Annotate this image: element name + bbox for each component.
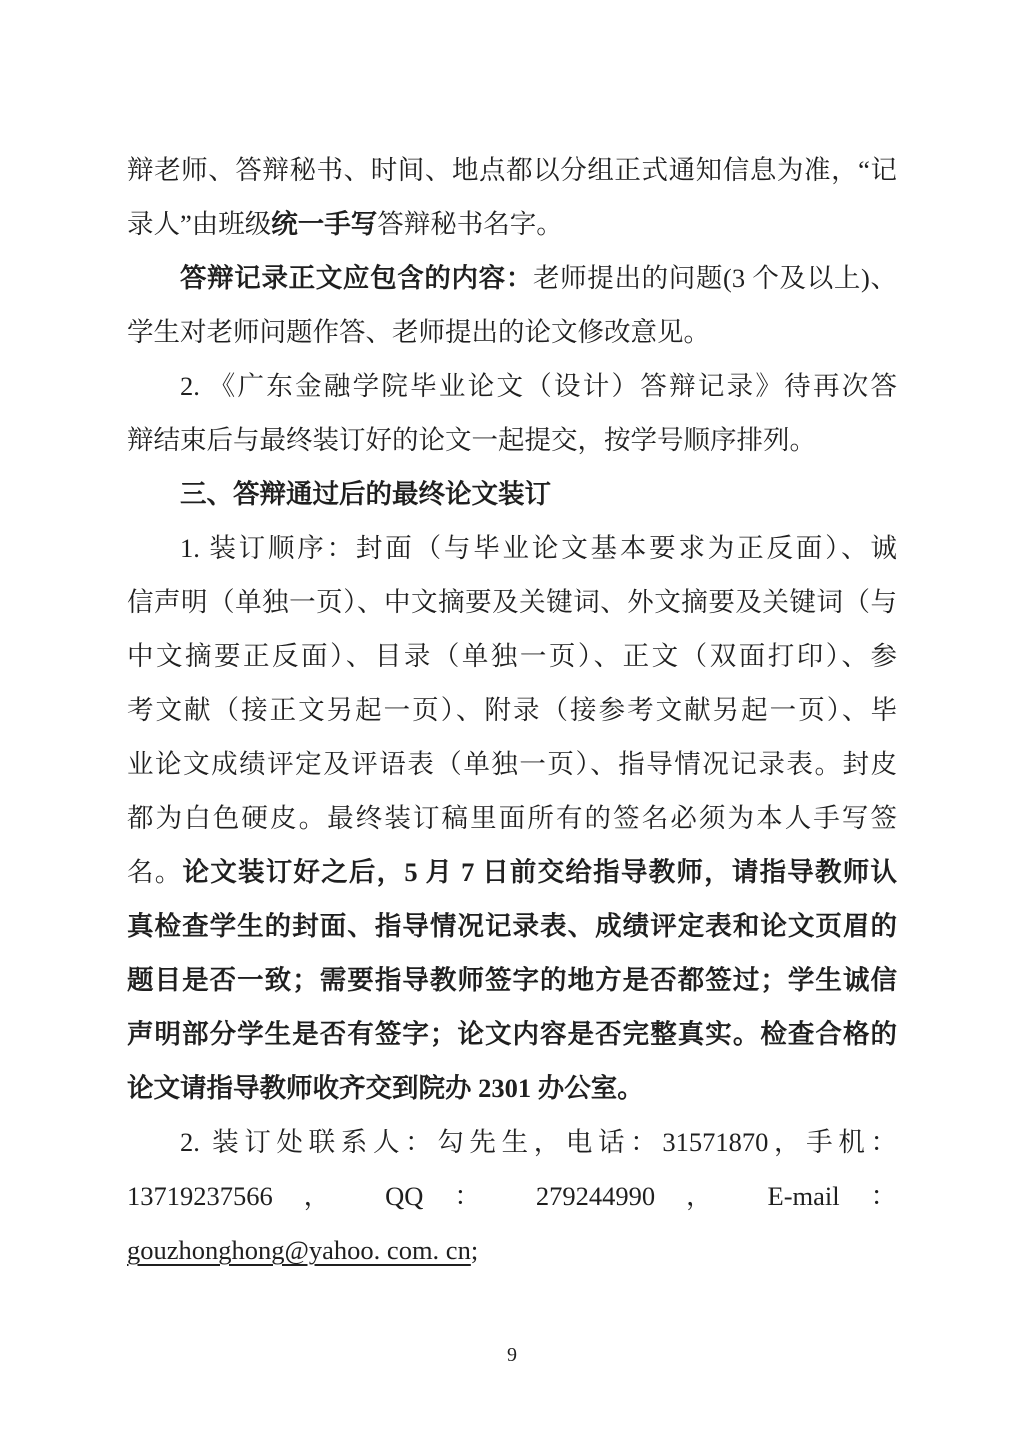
document-body: 辩老师、答辩秘书、时间、地点都以分组正式通知信息为准，“记录人”由班级统一手写答… — [127, 143, 897, 1277]
text-line-15: 真检查学生的封面、指导情况记录表、成绩评定表和论文页眉的 — [127, 899, 897, 953]
page-number: 9 — [0, 1340, 1024, 1370]
text-segment: 辩结束后与最终装订好的论文一起提交，按学号顺序排列。 — [127, 425, 816, 455]
text-line-13: 都为白色硬皮。最终装订稿里面所有的签名必须为本人手写签 — [127, 791, 897, 845]
text-segment: 三、答辩通过后的最终论文装订 — [180, 479, 551, 509]
text-segment: 录人”由班级 — [127, 209, 271, 239]
text-segment: 考文献（接正文另起一页）、附录（接参考文献另起一页）、毕 — [127, 695, 897, 725]
text-segment: 声明部分学生是否有签字；论文内容是否完整真实。检查合格的 — [127, 1019, 897, 1049]
text-line-03: 答辩记录正文应包含的内容：老师提出的问题(3 个及以上)、 — [127, 251, 897, 305]
text-segment: 论文请指导教师收齐交到院办 2301 办公室。 — [127, 1073, 644, 1103]
text-segment: 13719237566 ， QQ ： 279244990 ， E-mail ： — [127, 1181, 897, 1211]
text-segment: 统一手写 — [271, 209, 377, 239]
text-segment: 辩老师、答辩秘书、时间、地点都以分组正式通知信息为准，“记 — [127, 155, 897, 185]
text-line-21: gouzhonghong@yahoo. com. cn; — [127, 1223, 897, 1277]
text-line-09: 信声明（单独一页）、中文摘要及关键词、外文摘要及关键词（与 — [127, 575, 897, 629]
document-page: 辩老师、答辩秘书、时间、地点都以分组正式通知信息为准，“记录人”由班级统一手写答… — [0, 0, 1024, 1448]
text-line-12: 业论文成绩评定及评语表（单独一页）、指导情况记录表。封皮 — [127, 737, 897, 791]
text-line-11: 考文献（接正文另起一页）、附录（接参考文献另起一页）、毕 — [127, 683, 897, 737]
text-segment: 信声明（单独一页）、中文摘要及关键词、外文摘要及关键词（与 — [127, 587, 897, 617]
text-line-18: 论文请指导教师收齐交到院办 2301 办公室。 — [127, 1061, 897, 1115]
text-segment: 题目是否一致；需要指导教师签字的地方是否都签过；学生诚信 — [127, 965, 897, 995]
text-segment: 中文摘要正反面）、目录（单独一页）、正文（双面打印）、参 — [127, 641, 897, 671]
text-segment: 业论文成绩评定及评语表（单独一页）、指导情况记录表。封皮 — [127, 749, 897, 779]
text-segment: 答辩记录正文应包含的内容： — [180, 263, 533, 293]
email-text: gouzhonghong@yahoo. com. cn — [127, 1235, 471, 1265]
text-line-10: 中文摘要正反面）、目录（单独一页）、正文（双面打印）、参 — [127, 629, 897, 683]
text-line-20: 13719237566 ， QQ ： 279244990 ， E-mail ： — [127, 1169, 897, 1223]
text-line-06: 辩结束后与最终装订好的论文一起提交，按学号顺序排列。 — [127, 413, 897, 467]
text-line-05: 2. 《广东金融学院毕业论文（设计）答辩记录》待再次答 — [127, 359, 897, 413]
text-line-02: 录人”由班级统一手写答辩秘书名字。 — [127, 197, 897, 251]
text-segment: 学生对老师问题作答、老师提出的论文修改意见。 — [127, 317, 710, 347]
text-segment: 都为白色硬皮。最终装订稿里面所有的签名必须为本人手写签 — [127, 803, 897, 833]
text-segment: 论文装订好之后，5 月 7 日前交给指导教师，请指导教师认 — [182, 857, 897, 887]
text-segment: ; — [471, 1235, 478, 1265]
text-line-08: 1. 装订顺序：封面（与毕业论文基本要求为正反面）、诚 — [127, 521, 897, 575]
text-segment: 2. 装订处联系人：勾先生，电话：31571870，手机： — [180, 1127, 897, 1157]
text-line-16: 题目是否一致；需要指导教师签字的地方是否都签过；学生诚信 — [127, 953, 897, 1007]
text-line-07: 三、答辩通过后的最终论文装订 — [127, 467, 897, 521]
text-segment: 1. 装订顺序：封面（与毕业论文基本要求为正反面）、诚 — [180, 533, 897, 563]
text-line-01: 辩老师、答辩秘书、时间、地点都以分组正式通知信息为准，“记 — [127, 143, 897, 197]
text-line-19: 2. 装订处联系人：勾先生，电话：31571870，手机： — [127, 1115, 897, 1169]
text-segment: 老师提出的问题(3 个及以上)、 — [533, 263, 897, 293]
text-segment: 2. 《广东金融学院毕业论文（设计）答辩记录》待再次答 — [180, 371, 897, 401]
text-line-04: 学生对老师问题作答、老师提出的论文修改意见。 — [127, 305, 897, 359]
text-segment: 名。 — [127, 857, 182, 887]
text-line-14: 名。论文装订好之后，5 月 7 日前交给指导教师，请指导教师认 — [127, 845, 897, 899]
text-segment: 真检查学生的封面、指导情况记录表、成绩评定表和论文页眉的 — [127, 911, 897, 941]
text-line-17: 声明部分学生是否有签字；论文内容是否完整真实。检查合格的 — [127, 1007, 897, 1061]
text-segment: 答辩秘书名字。 — [377, 209, 563, 239]
